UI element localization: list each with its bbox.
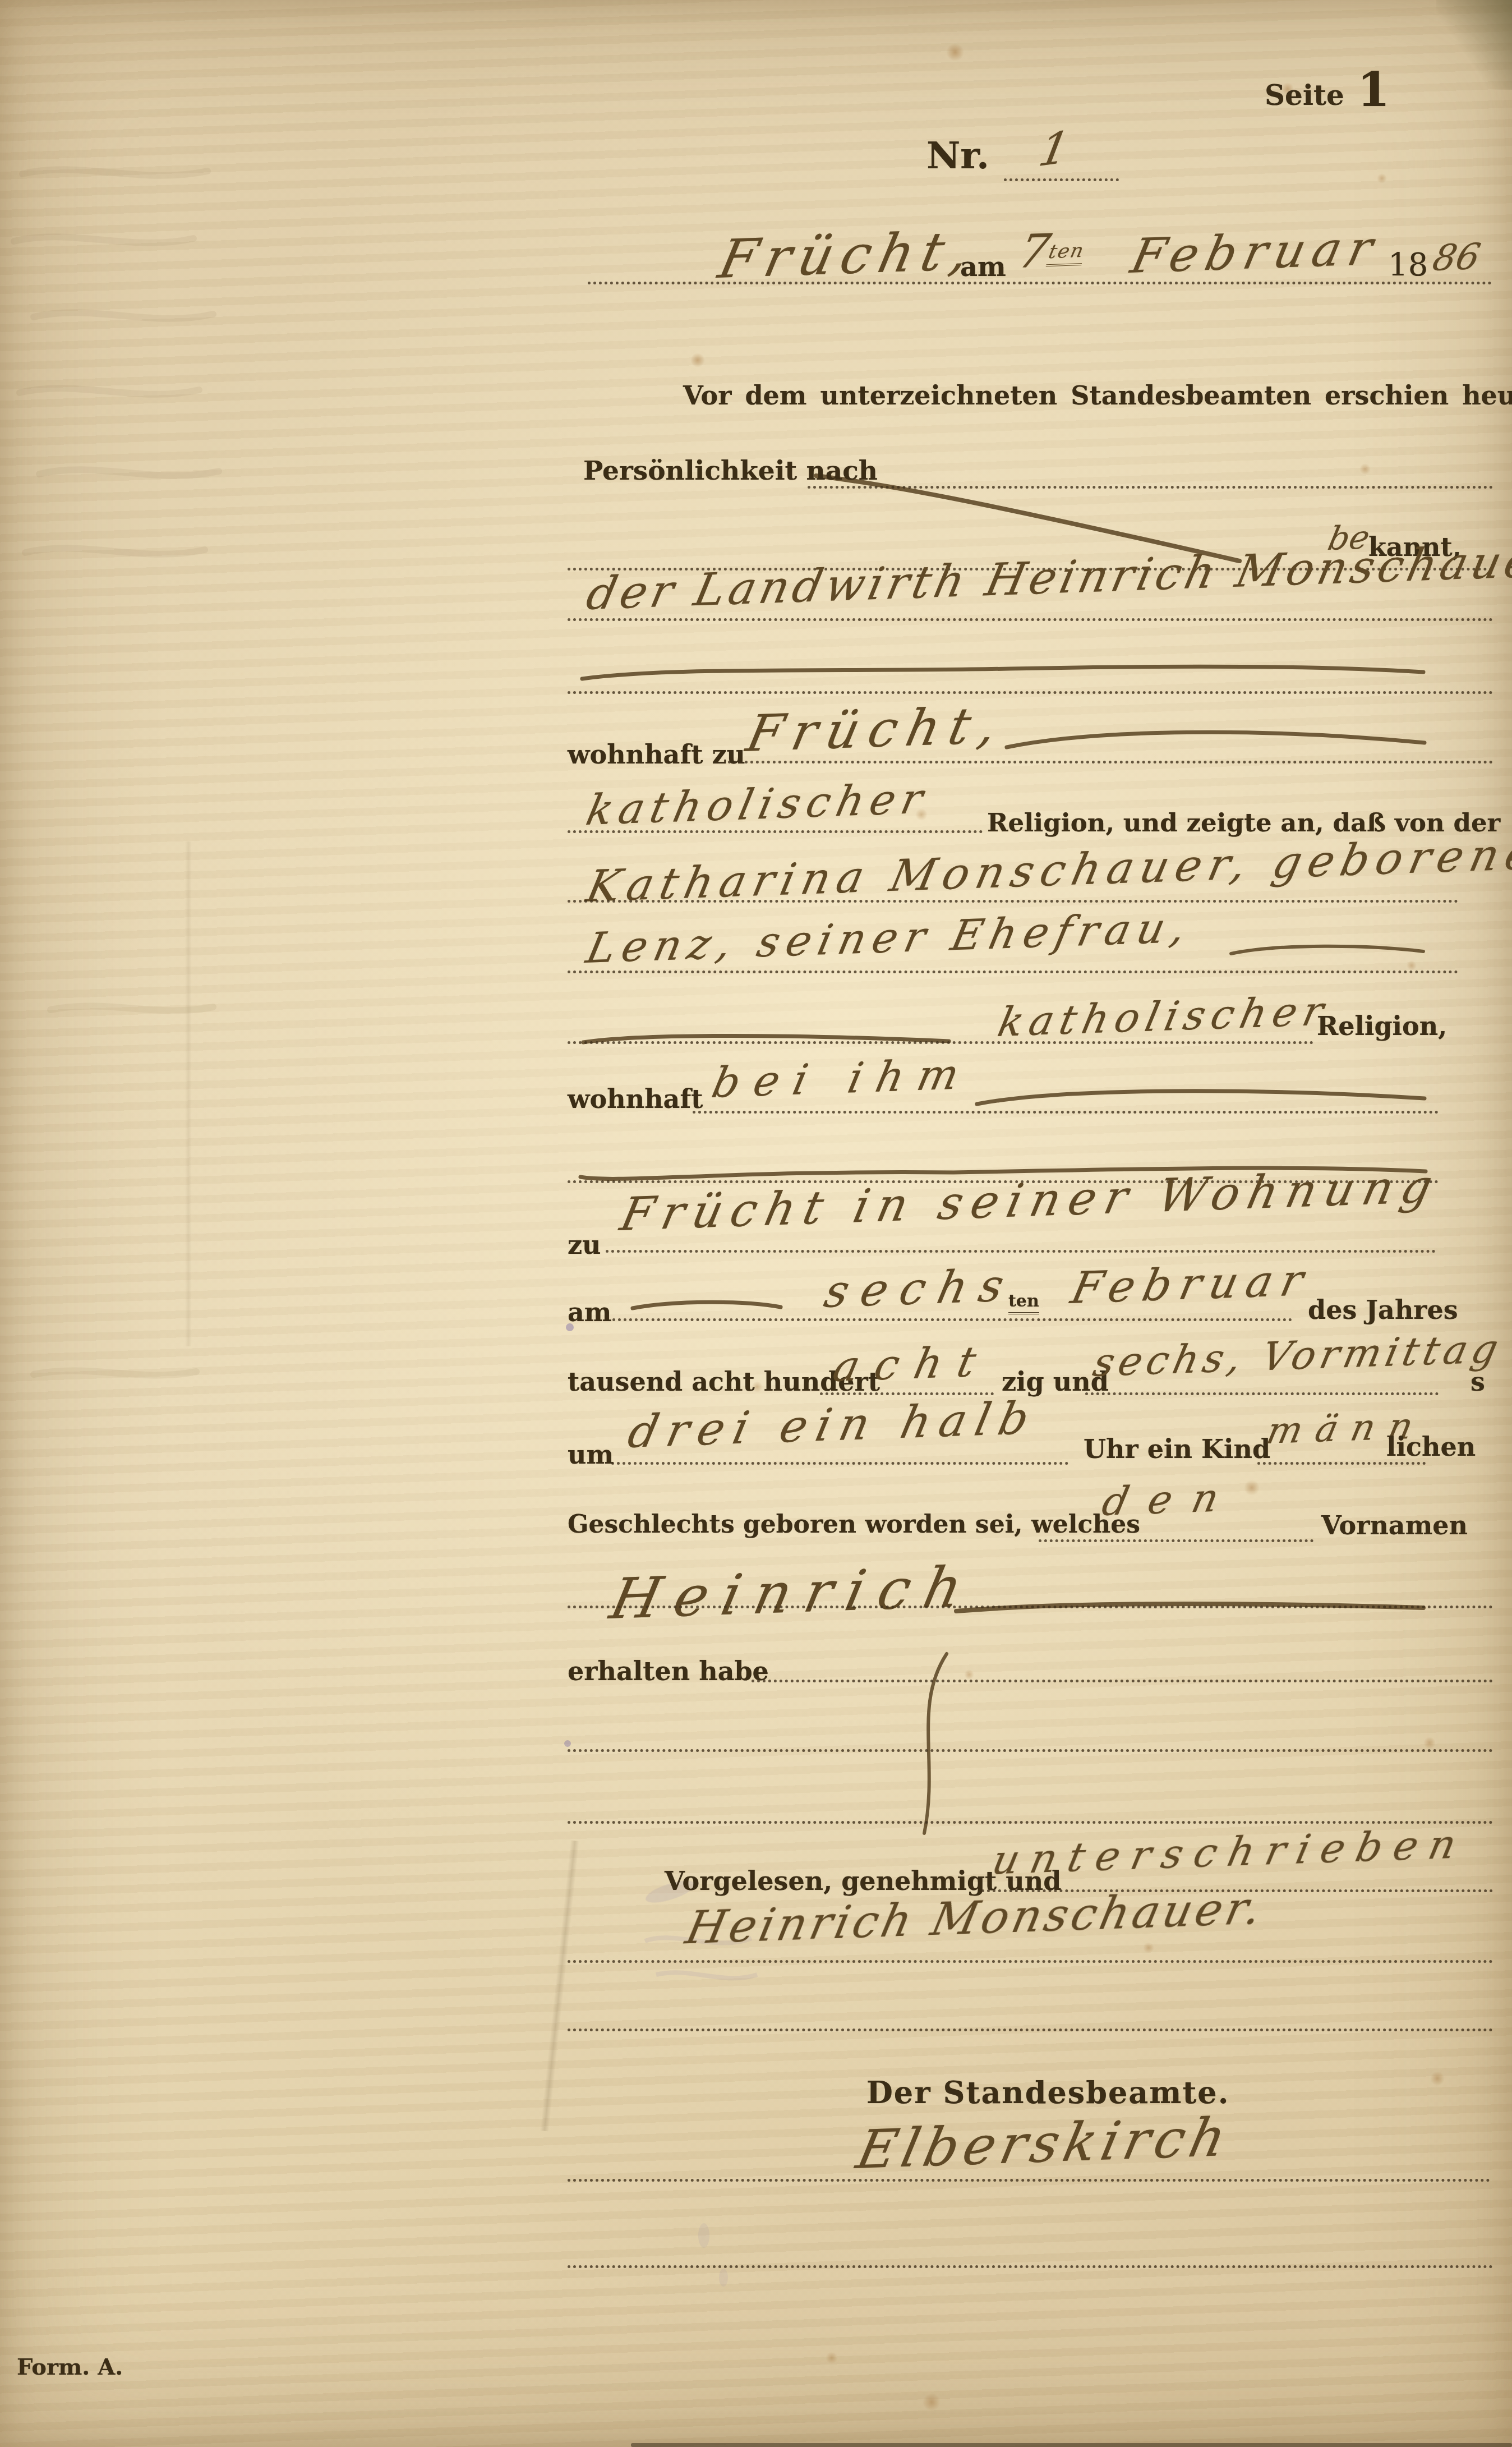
page-number: 1 xyxy=(1357,62,1390,117)
dotted-line xyxy=(568,970,1458,973)
intro-opening: Vor dem unterzeichneten Standesbeamten e… xyxy=(683,380,1512,411)
dotted-line xyxy=(568,1749,1493,1752)
record-number-label: Nr. xyxy=(926,134,989,177)
birthtime-printed: Uhr ein Kind xyxy=(1084,1434,1270,1464)
birthplace-label: zu xyxy=(568,1230,601,1260)
birthdate-year-intro: des Jahres xyxy=(1308,1295,1458,1325)
stain xyxy=(946,43,964,61)
declarant-residence-label: wohnhaft zu xyxy=(568,739,745,770)
mother-religion-value: katholischer xyxy=(994,987,1334,1046)
scan-edge-line xyxy=(631,2443,1512,2447)
mother-name-line2: Lenz, seiner Ehefrau, xyxy=(582,903,1197,973)
dateline-month: Februar xyxy=(1126,220,1385,284)
received-label: erhalten habe xyxy=(568,1656,769,1686)
dotted-line xyxy=(568,1960,1493,1963)
birthdate-am-label: am xyxy=(568,1297,611,1327)
registrar-signature: Elberskirch xyxy=(851,2106,1237,2181)
birthyear-decade-value: acht xyxy=(829,1336,996,1391)
declarant-religion-value: katholischer xyxy=(582,774,933,835)
stain xyxy=(1377,173,1387,183)
dateline-place: Frücht, xyxy=(713,220,983,291)
dotted-line xyxy=(568,2029,1493,2031)
dotted-line xyxy=(588,282,1492,284)
registrar-title: Der Standesbeamte. xyxy=(866,2075,1229,2110)
dotted-line xyxy=(568,830,983,833)
mother-residence-value: bei ihm xyxy=(708,1049,978,1107)
dotted-line xyxy=(568,618,1493,621)
sex-printed: lichen xyxy=(1386,1432,1476,1462)
dotted-line xyxy=(1257,1462,1426,1465)
stain xyxy=(1143,1942,1154,1953)
dateline-century: 18 xyxy=(1388,247,1428,283)
dotted-line xyxy=(728,761,1493,763)
dotted-line xyxy=(568,1821,1493,1824)
stain xyxy=(690,353,705,367)
form-label: Form. A. xyxy=(17,2354,123,2380)
dotted-line xyxy=(568,691,1493,694)
article-handwritten: den xyxy=(1098,1474,1243,1525)
dotted-line xyxy=(1039,1539,1313,1542)
child-name-value: Heinrich xyxy=(605,1554,982,1632)
stain xyxy=(1423,1737,1436,1749)
page-label: Seite xyxy=(1265,79,1344,112)
dateline-year: 86 xyxy=(1429,236,1484,279)
dotted-line xyxy=(808,486,1493,489)
dotted-line xyxy=(611,1462,1068,1465)
dotted-line xyxy=(568,1606,1493,1608)
birthtime-label: um xyxy=(568,1439,614,1470)
dotted-line xyxy=(1085,1392,1439,1395)
dotted-line xyxy=(568,2179,1490,2182)
stain xyxy=(1407,960,1417,970)
stain xyxy=(923,2393,941,2411)
birthtime-value: drei ein halb xyxy=(624,1392,1043,1458)
record-number-value: 1 xyxy=(1035,121,1074,177)
birthplace-value: Frücht in seiner Wohnung xyxy=(616,1160,1445,1241)
birthdate-month-value: Februar xyxy=(1067,1255,1316,1314)
closing-manner-value: unterschrieben xyxy=(988,1820,1472,1884)
dotted-line xyxy=(606,1250,1436,1253)
paper-crease xyxy=(540,1841,579,2132)
dotted-line xyxy=(1004,178,1119,181)
birthyear-plural-s: s xyxy=(1470,1367,1485,1397)
dateline-day-suffix: ten xyxy=(1046,240,1087,266)
stain xyxy=(1244,1480,1260,1496)
intro-identity: Persönlichkeit nach xyxy=(583,456,878,486)
birthdate-day-suffix: ten xyxy=(1008,1291,1039,1314)
paper-crease xyxy=(185,841,192,1346)
declarant-residence-value: Frücht, xyxy=(741,696,1012,763)
stain xyxy=(1430,2071,1445,2086)
mother-religion-printed: Religion, xyxy=(1317,1011,1447,1041)
dateline-am-label: am xyxy=(960,251,1006,283)
declarant-name-line: der Landwirth Heinrich Monschauer xyxy=(582,534,1512,620)
dotted-line xyxy=(752,1680,1493,1682)
dotted-line xyxy=(568,900,1458,903)
birthyear-ones-value: sechs, Vormittag xyxy=(1089,1326,1507,1386)
dotted-line xyxy=(568,1041,1313,1044)
dotted-line xyxy=(693,1111,1439,1114)
stain xyxy=(964,1669,974,1680)
dotted-line xyxy=(612,1318,1292,1321)
sex-tail-printed: Geschlechts geboren worden sei, welches xyxy=(568,1510,1140,1539)
scan-corner-shadow xyxy=(1436,0,1512,90)
stain xyxy=(1359,463,1371,475)
dateline-day: 7ten xyxy=(1014,223,1090,279)
vornamen-label: Vornamen xyxy=(1321,1510,1468,1540)
dotted-line xyxy=(568,2265,1493,2268)
birthdate-day-value: sechs xyxy=(820,1259,1021,1318)
mother-residence-label: wohnhaft xyxy=(568,1084,703,1114)
stain xyxy=(826,2352,838,2364)
scanned-birth-record-page: Seite 1 Nr. 1 Frücht, am 7ten Februar 18… xyxy=(0,0,1512,2447)
